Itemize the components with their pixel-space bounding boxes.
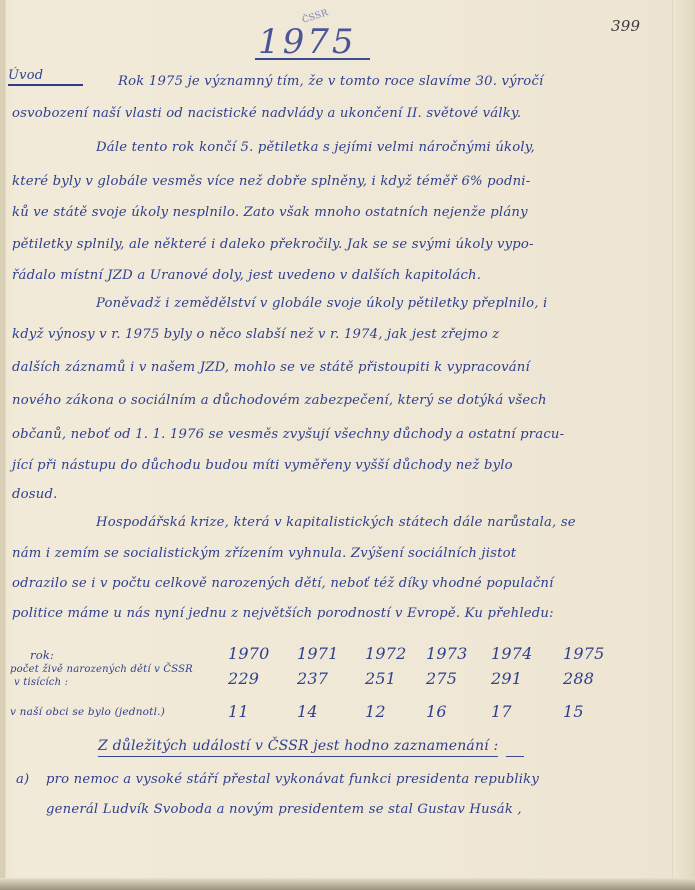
year-cell: 1971 (297, 644, 339, 663)
births-cell: 291 (491, 669, 522, 688)
page-title: 1975 (258, 22, 357, 62)
section-label-underline (8, 84, 83, 86)
village-births-cell: 12 (365, 702, 386, 721)
page-fold (672, 0, 673, 890)
births-cell: 251 (365, 669, 396, 688)
text-line: pětiletky splnily, ale některé i daleko … (12, 237, 534, 252)
year-cell: 1973 (426, 644, 468, 663)
page-bottom-edge (0, 878, 695, 890)
text-line: Dále tento rok končí 5. pětiletka s její… (96, 140, 535, 155)
text-line: nám i zemím se socialistickým zřízením v… (12, 546, 516, 561)
row-label-year: rok: (30, 648, 54, 662)
births-cell: 288 (563, 669, 594, 688)
events-heading: Z důležitých událostí v ČSSR jest hodno … (98, 738, 498, 754)
binding-edge (0, 0, 6, 890)
births-cell: 275 (426, 669, 457, 688)
year-cell: 1975 (563, 644, 605, 663)
year-cell: 1970 (228, 644, 270, 663)
text-line: dosud. (12, 487, 57, 502)
births-cell: 237 (297, 669, 328, 688)
village-births-cell: 14 (297, 702, 318, 721)
text-line: dalších záznamů i v našem JZD, mohlo se … (12, 360, 530, 375)
year-cell: 1974 (491, 644, 533, 663)
village-births-cell: 16 (426, 702, 447, 721)
event-line: pro nemoc a vysoké stáří přestal vykonáv… (46, 772, 539, 787)
event-line: generál Ludvík Svoboda a novým president… (46, 802, 522, 817)
births-cell: 229 (228, 669, 259, 688)
events-heading-underline-tail (506, 756, 524, 757)
section-label: Úvod (8, 68, 43, 83)
year-cell: 1972 (365, 644, 407, 663)
text-line: odrazilo se i v počtu celkově narozených… (12, 576, 554, 591)
text-line: nového zákona o sociálním a důchodovém z… (12, 393, 547, 408)
row-label-village: v naší obci se bylo (jednotl.) (10, 706, 165, 718)
village-births-cell: 17 (491, 702, 512, 721)
text-line: osvobození naší vlasti od nacistické nad… (12, 106, 521, 121)
text-line: jící při nástupu do důchodu budou míti v… (12, 458, 513, 473)
document-page: ČSSR 1975 399 Úvod Rok 1975 je významný … (0, 0, 695, 890)
text-line: občanů, neboť od 1. 1. 1976 se vesměs zv… (12, 427, 564, 442)
text-line: když výnosy v r. 1975 byly o něco slabší… (12, 327, 499, 342)
village-births-cell: 11 (228, 702, 249, 721)
text-line: které byly v globále vesměs více než dob… (12, 174, 530, 189)
events-heading-underline (98, 756, 498, 757)
event-marker: a) (16, 772, 29, 787)
row-label-births-unit: v tisících : (14, 677, 68, 688)
text-line: ků ve státě svoje úkoly nesplnilo. Zato … (12, 205, 528, 220)
page-number: 399 (611, 17, 640, 35)
row-label-births: počet živě narozených dětí v ČSSR (10, 664, 193, 675)
text-line: řádalo místní JZD a Uranové doly, jest u… (12, 268, 481, 283)
title-underline (255, 58, 370, 60)
text-line: Hospodářská krize, která v kapitalistick… (96, 515, 576, 530)
text-line: Poněvadž i zemědělství v globále svoje ú… (96, 296, 547, 311)
text-line: politice máme u nás nyní jednu z největš… (12, 606, 554, 621)
text-line: Rok 1975 je významný tím, že v tomto roc… (118, 74, 543, 89)
village-births-cell: 15 (563, 702, 584, 721)
